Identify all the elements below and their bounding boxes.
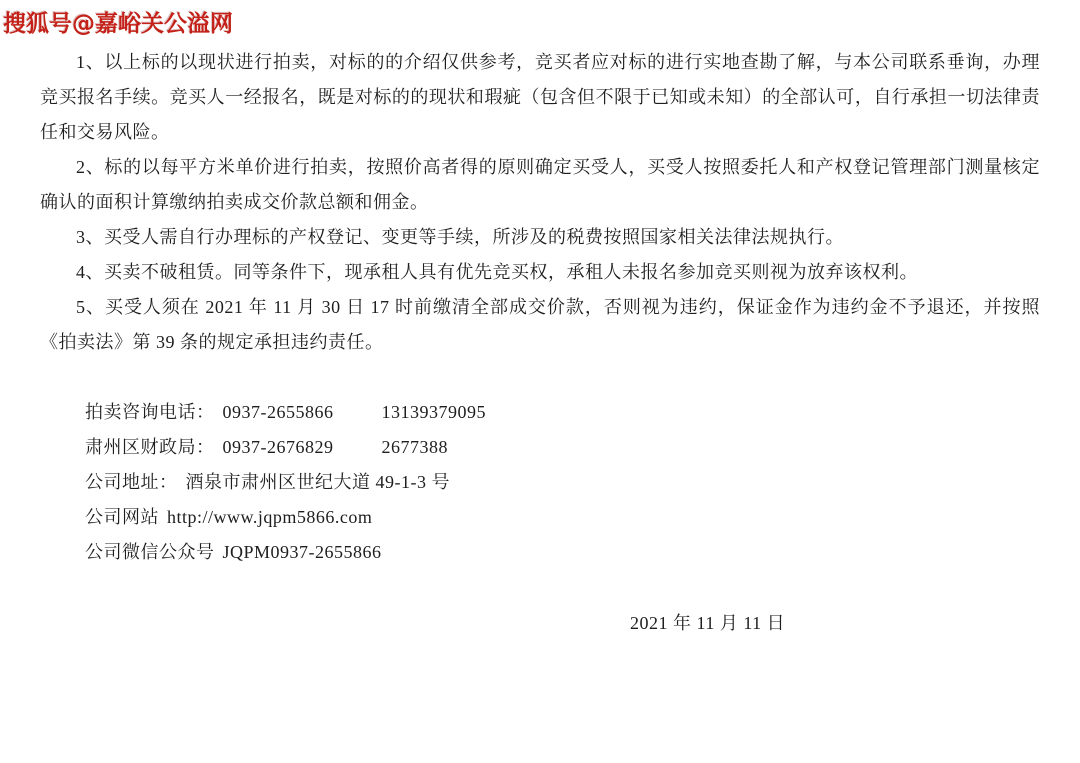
contact-phone-2: 13139379095 bbox=[382, 402, 487, 422]
document-date: 2021 年 11 月 11 日 bbox=[630, 606, 1040, 641]
term-paragraph-3: 3、买受人需自行办理标的产权登记、变更等手续，所涉及的税费按照国家相关法律法规执… bbox=[40, 220, 1040, 255]
term-paragraph-4: 4、买卖不破租赁。同等条件下，现承租人具有优先竞买权，承租人未报名参加竞买则视为… bbox=[40, 255, 1040, 290]
contact-line-address: 公司地址：酒泉市肃州区世纪大道 49-1-3 号 bbox=[85, 465, 1040, 500]
company-address: 酒泉市肃州区世纪大道 49-1-3 号 bbox=[186, 472, 451, 492]
term-paragraph-5: 5、买受人须在 2021 年 11 月 30 日 17 时前缴清全部成交价款，否… bbox=[40, 290, 1040, 360]
contact-label: 公司微信公众号 bbox=[85, 542, 215, 562]
contact-phone-2: 2677388 bbox=[382, 437, 449, 457]
contact-line-finance-bureau: 肃州区财政局：0937-26768292677388 bbox=[85, 430, 1040, 465]
company-website-url: http://www.jqpm5866.com bbox=[167, 507, 372, 527]
document-body: 1、以上标的以现状进行拍卖，对标的的介绍仅供参考，竞买者应对标的进行实地查勘了解… bbox=[40, 45, 1040, 641]
contact-line-wechat: 公司微信公众号JQPM0937-2655866 bbox=[85, 535, 1040, 570]
contact-line-auction-phone: 拍卖咨询电话：0937-265586613139379095 bbox=[85, 395, 1040, 430]
sohu-watermark-logo: 搜狐号@嘉峪关公溢网 bbox=[3, 5, 233, 38]
contact-label: 肃州区财政局： bbox=[85, 437, 215, 457]
term-paragraph-2: 2、标的以每平方米单价进行拍卖，按照价高者得的原则确定买受人，买受人按照委托人和… bbox=[40, 150, 1040, 220]
contact-phone-1: 0937-2676829 bbox=[223, 437, 334, 457]
contact-label: 公司地址： bbox=[85, 472, 178, 492]
contact-section: 拍卖咨询电话：0937-265586613139379095 肃州区财政局：09… bbox=[85, 395, 1040, 570]
contact-line-website: 公司网站http://www.jqpm5866.com bbox=[85, 500, 1040, 535]
term-paragraph-1: 1、以上标的以现状进行拍卖，对标的的介绍仅供参考，竞买者应对标的进行实地查勘了解… bbox=[40, 45, 1040, 150]
contact-label: 公司网站 bbox=[85, 507, 159, 527]
company-wechat-id: JQPM0937-2655866 bbox=[223, 542, 382, 562]
page: { "watermark": { "text": "搜狐号@嘉峪关公溢网", "… bbox=[0, 0, 1080, 763]
contact-label: 拍卖咨询电话： bbox=[85, 402, 215, 422]
contact-phone-1: 0937-2655866 bbox=[223, 402, 334, 422]
